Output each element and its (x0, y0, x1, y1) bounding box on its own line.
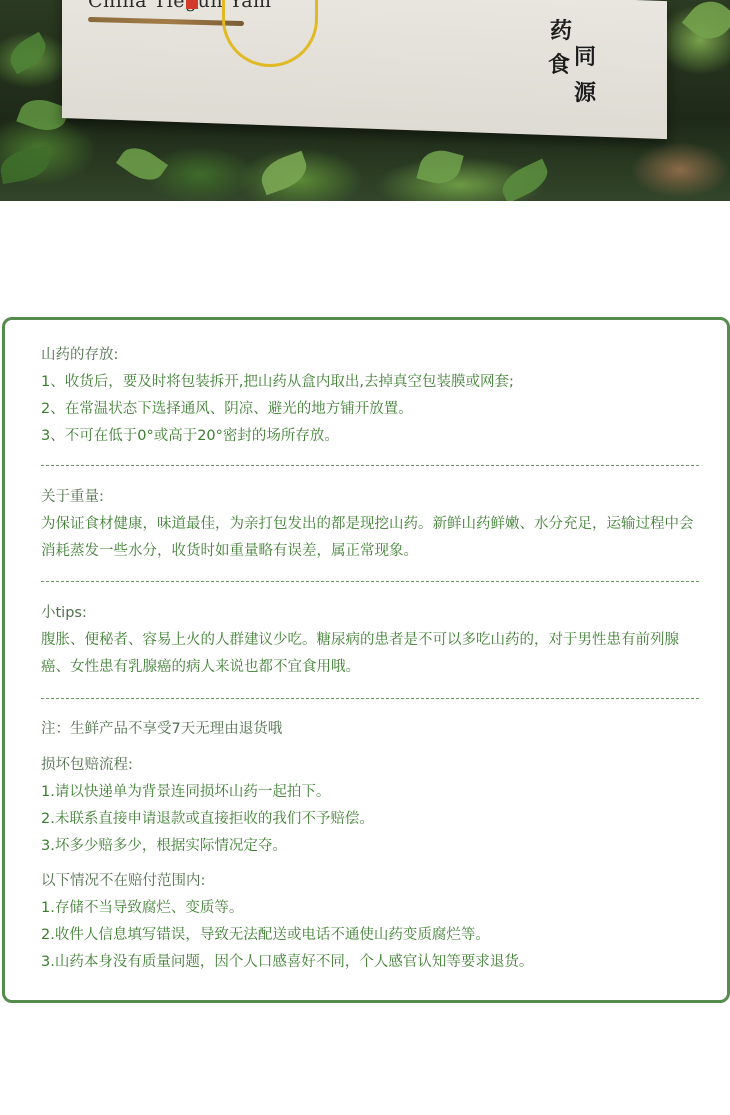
leaf-decoration (256, 151, 311, 196)
dashed-divider (41, 465, 699, 466)
damage-item: 1.请以快递单为背景连同损坏山药一起拍下。 (41, 779, 701, 806)
tips-body: 腹胀、便秘者、容易上火的人群建议少吃。糖尿病的患者是不可以多吃山药的，对于男性患… (41, 627, 701, 681)
tips-title: 小tips: (41, 600, 701, 627)
calligraphy-char: 药 (550, 14, 572, 45)
weight-body: 为保证食材健康，味道最佳，为亲打包发出的都是现挖山药。新鲜山药鲜嫩、水分充足，运… (41, 511, 701, 565)
exclusions-section: 以下情况不在赔付范围内: 1.存储不当导致腐烂、变质等。 2.收件人信息填写错误… (41, 868, 701, 976)
return-note-text: 注：生鲜产品不享受7天无理由退货哦 (41, 716, 701, 743)
hero-product-photo: China Tiegun Yam 药 食 同 源 (0, 0, 730, 201)
storage-item: 2、在常温状态下选择通风、阴凉、避光的地方铺开放置。 (41, 396, 701, 423)
storage-item: 3、不可在低于0°或高于20°密封的场所存放。 (41, 423, 701, 450)
leaf-decoration (116, 140, 168, 188)
exclusions-item: 3.山药本身没有质量问题，因个人口感喜好不同，个人感官认知等要求退货。 (41, 949, 701, 976)
dashed-divider (41, 698, 699, 699)
tips-section: 小tips: 腹胀、便秘者、容易上火的人群建议少吃。糖尿病的患者是不可以多吃山药… (41, 600, 701, 681)
damage-item: 2.未联系直接申请退款或直接拒收的我们不予赔偿。 (41, 806, 701, 833)
calligraphy-char: 源 (574, 76, 596, 107)
notice-card: 山药的存放: 1、收货后，要及时将包装拆开,把山药从盒内取出,去掉真空包装膜或网… (2, 317, 730, 1003)
damage-title: 损坏包赔流程: (41, 752, 701, 779)
red-seal-icon (186, 0, 198, 9)
leaf-decoration (0, 146, 52, 184)
weight-title: 关于重量: (41, 484, 701, 511)
leaf-decoration (4, 32, 52, 75)
calligraphy-char: 食 (548, 48, 570, 79)
calligraphy-char: 同 (574, 40, 596, 71)
storage-item: 1、收货后，要及时将包装拆开,把山药从盒内取出,去掉真空包装膜或网套; (41, 369, 701, 396)
exclusions-item: 2.收件人信息填写错误，导致无法配送或电话不通使山药变质腐烂等。 (41, 922, 701, 949)
exclusions-item: 1.存储不当导致腐烂、变质等。 (41, 895, 701, 922)
damage-section: 损坏包赔流程: 1.请以快递单为背景连同损坏山药一起拍下。 2.未联系直接申请退… (41, 752, 701, 860)
storage-title: 山药的存放: (41, 342, 701, 369)
damage-item: 3.坏多少赔多少，根据实际情况定夺。 (41, 833, 701, 860)
calligraphy-text: 药 食 同 源 (544, 12, 614, 112)
leaf-decoration (416, 145, 463, 188)
exclusions-title: 以下情况不在赔付范围内: (41, 868, 701, 895)
weight-section: 关于重量: 为保证食材健康，味道最佳，为亲打包发出的都是现挖山药。新鲜山药鲜嫩、… (41, 484, 701, 565)
leaf-decoration (497, 159, 553, 201)
leaf-decoration (682, 0, 730, 48)
storage-section: 山药的存放: 1、收货后，要及时将包装拆开,把山药从盒内取出,去掉真空包装膜或网… (41, 342, 701, 450)
return-note: 注：生鲜产品不享受7天无理由退货哦 (41, 716, 701, 743)
dashed-divider (41, 581, 699, 582)
